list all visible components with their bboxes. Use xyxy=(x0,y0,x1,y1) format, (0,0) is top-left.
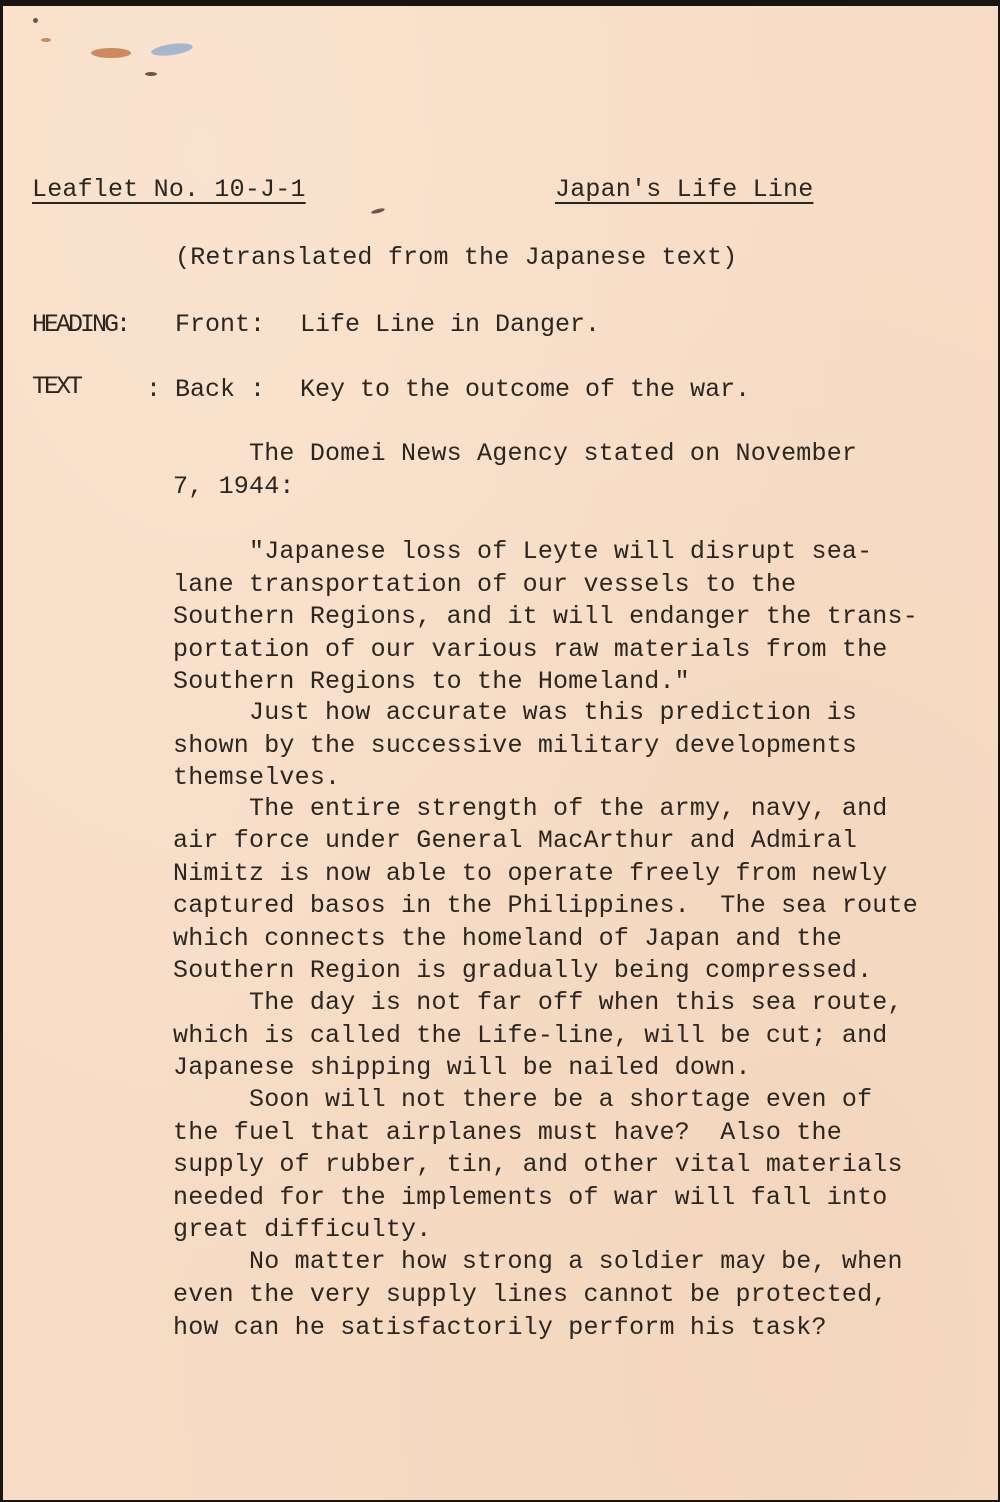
text-label: TEXT xyxy=(32,371,80,403)
body-line: which is called the Life-line, will be c… xyxy=(173,1020,888,1052)
body-line: The Domei News Agency stated on November xyxy=(173,438,857,470)
body-line: how can he satisfactorily perform his ta… xyxy=(173,1312,827,1344)
body-line: Southern Regions, and it will endanger t… xyxy=(173,601,918,633)
text-side: Back : xyxy=(175,374,265,406)
blue-stain xyxy=(150,41,193,58)
rust-stain xyxy=(91,48,131,58)
body-line: air force under General MacArthur and Ad… xyxy=(173,825,857,857)
ink-spot xyxy=(145,72,157,76)
body-line: The day is not far off when this sea rou… xyxy=(173,987,903,1019)
subtitle: (Retranslated from the Japanese text) xyxy=(175,242,738,274)
body-line: themselves. xyxy=(173,762,340,794)
body-line: shown by the successive military develop… xyxy=(173,730,857,762)
heading-value: Life Line in Danger. xyxy=(300,309,600,341)
body-line: 7, 1944: xyxy=(173,471,295,503)
body-line: Japanese shipping will be nailed down. xyxy=(173,1052,751,1084)
body-line: The entire strength of the army, navy, a… xyxy=(173,793,888,825)
body-line: great difficulty. xyxy=(173,1214,431,1246)
body-line: supply of rubber, tin, and other vital m… xyxy=(173,1149,903,1181)
document-title: Japan's Life Line xyxy=(555,174,813,206)
body-line: which connects the homeland of Japan and… xyxy=(173,923,842,955)
body-line: even the very supply lines cannot be pro… xyxy=(173,1279,888,1311)
body-line: lane transportation of our vessels to th… xyxy=(173,569,796,601)
rust-stain xyxy=(41,38,51,42)
body-line: captured basos in the Philippines. The s… xyxy=(173,890,918,922)
text-value: Key to the outcome of the war. xyxy=(300,374,750,406)
body-line: Soon will not there be a shortage even o… xyxy=(173,1084,872,1116)
body-line: Nimitz is now able to operate freely fro… xyxy=(173,858,888,890)
body-line: Just how accurate was this prediction is xyxy=(173,697,857,729)
body-line: No matter how strong a soldier may be, w… xyxy=(173,1246,903,1278)
body-line: Southern Region is gradually being compr… xyxy=(173,955,872,987)
body-line: needed for the implements of war will fa… xyxy=(173,1182,888,1214)
ink-spot xyxy=(371,207,386,214)
heading-label: HEADING: xyxy=(32,309,128,341)
heading-side: Front: xyxy=(175,309,265,341)
ink-spot xyxy=(33,18,38,23)
body-line: Southern Regions to the Homeland." xyxy=(173,666,690,698)
body-line: the fuel that airplanes must have? Also … xyxy=(173,1117,842,1149)
text-separator: : xyxy=(146,374,161,406)
leaflet-number: Leaflet No. 10-J-1 xyxy=(32,174,306,206)
body-line: portation of our various raw materials f… xyxy=(173,634,888,666)
document-page: Leaflet No. 10-J-1 Japan's Life Line (Re… xyxy=(3,6,998,1500)
body-line: "Japanese loss of Leyte will disrupt sea… xyxy=(173,536,872,568)
